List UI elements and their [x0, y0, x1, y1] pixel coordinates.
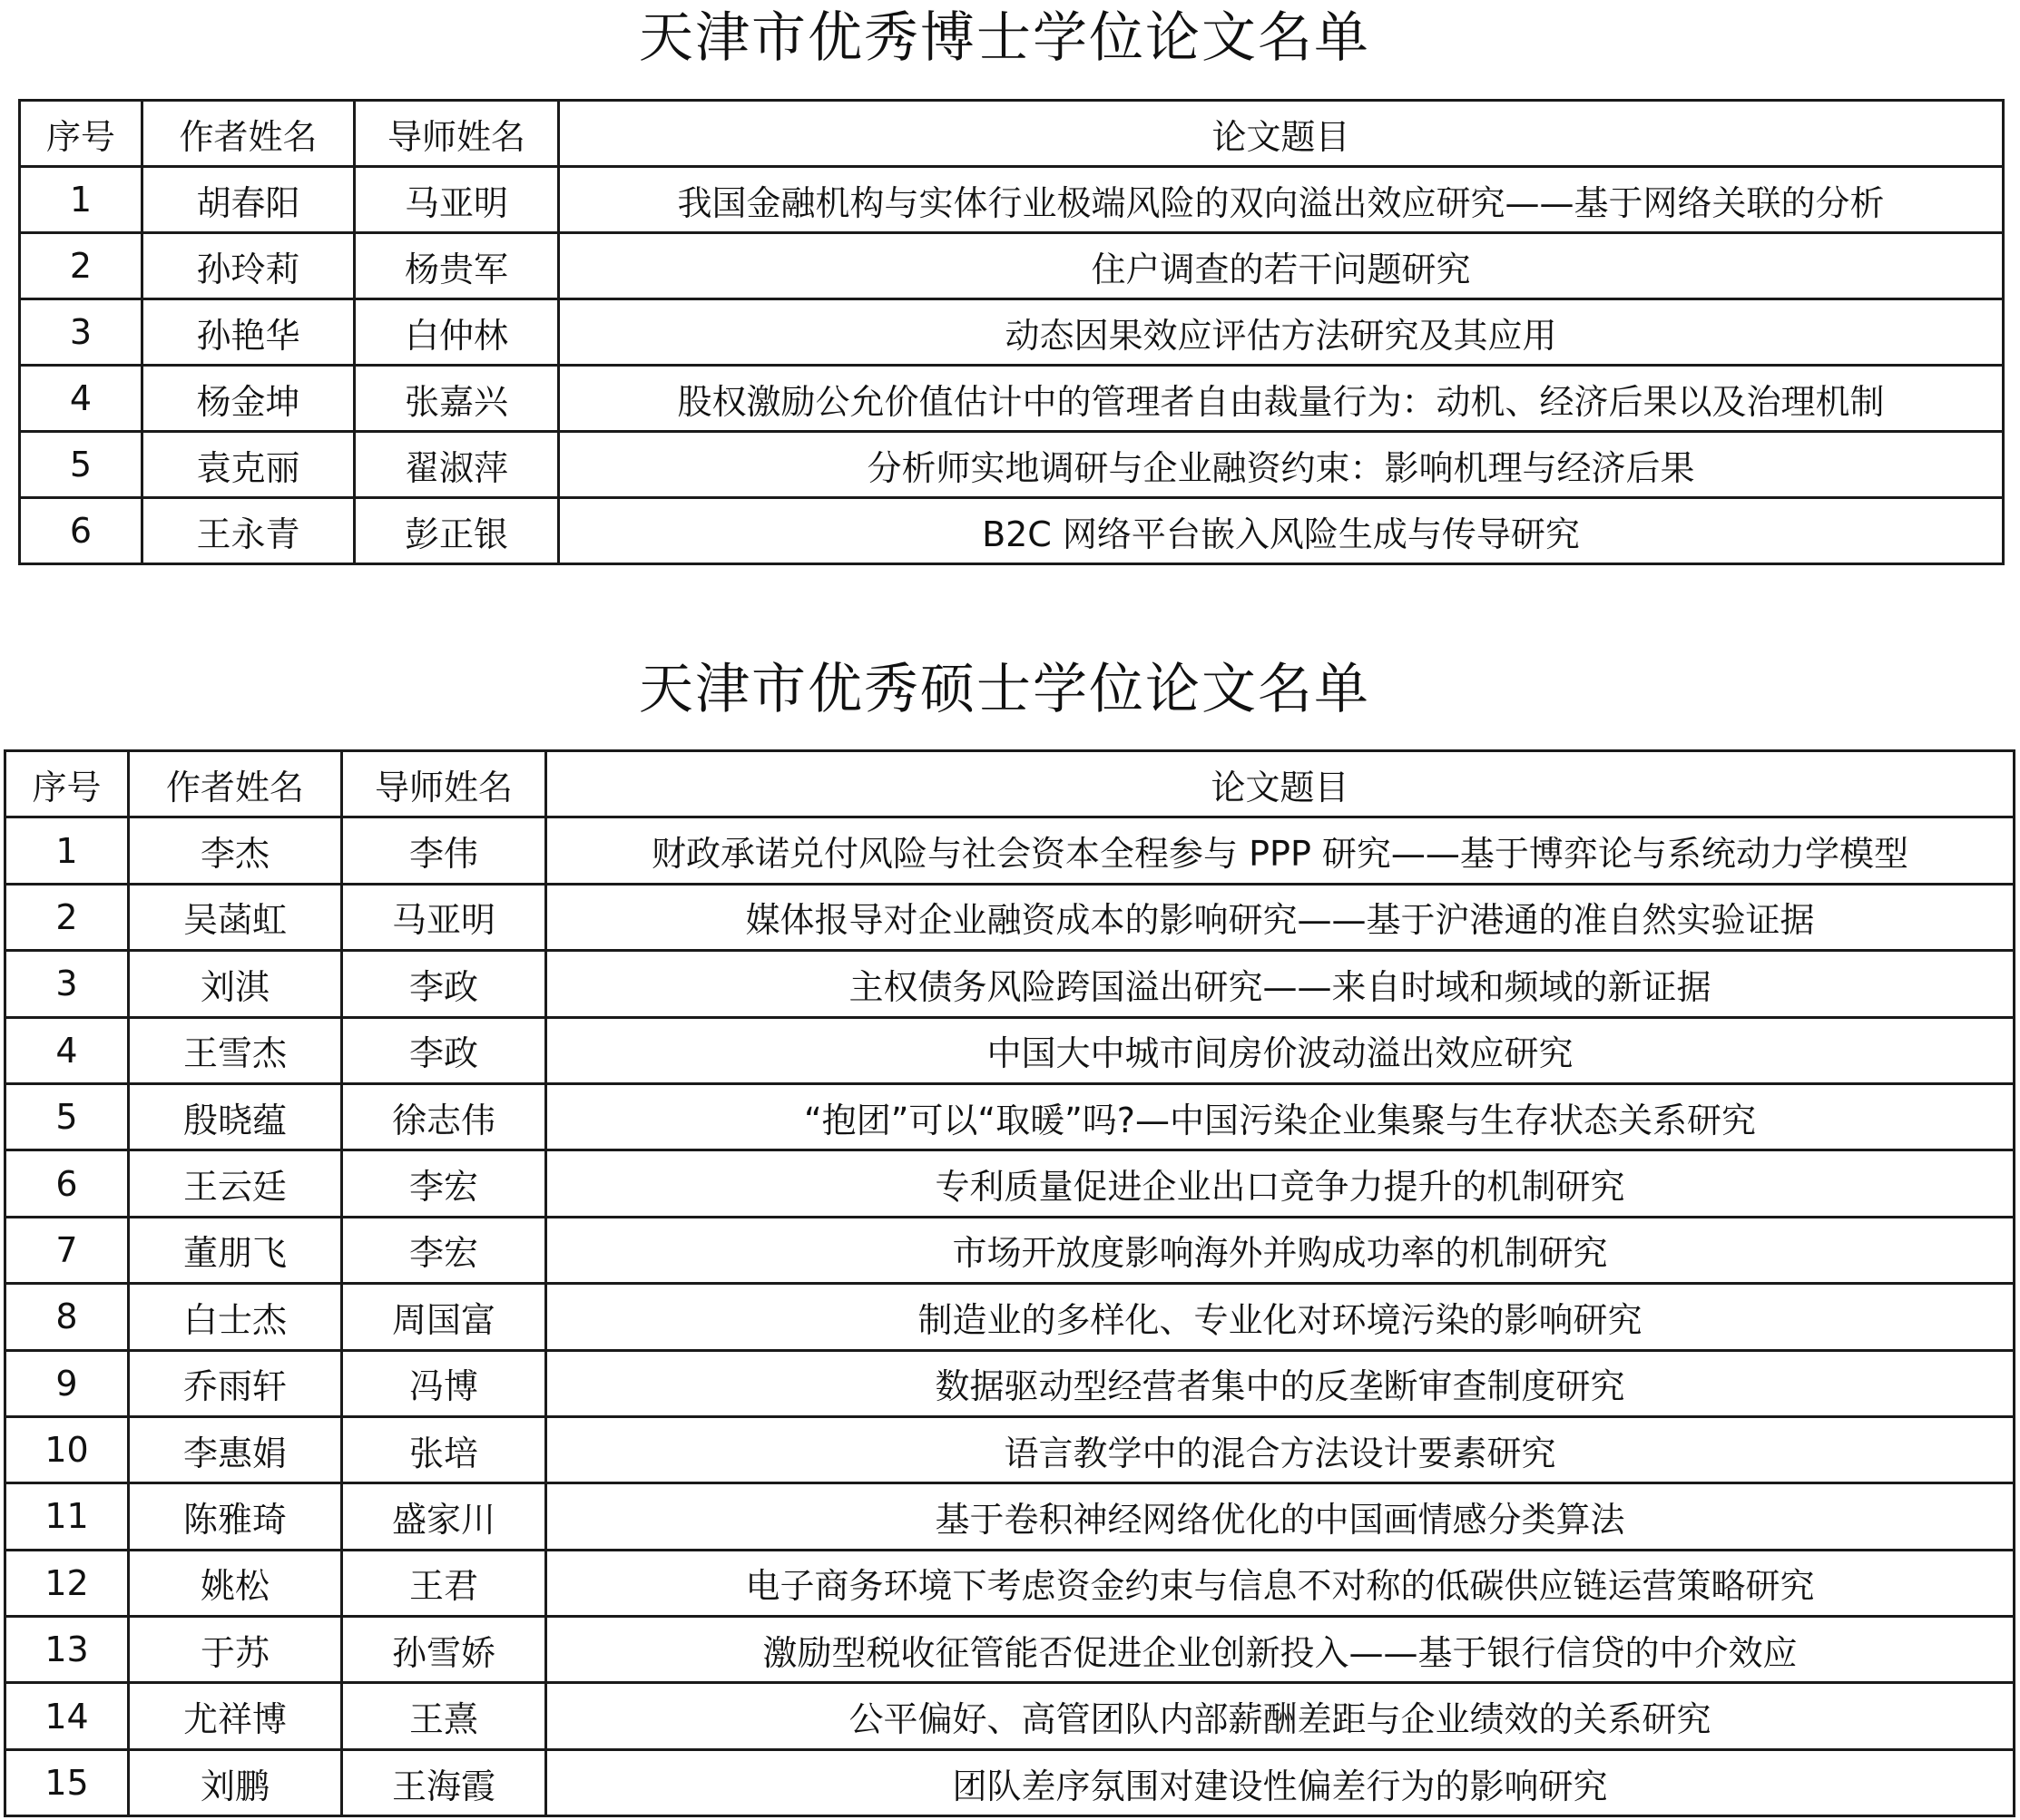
advisor-name: 李宏: [342, 1150, 546, 1217]
serial-number: 6: [5, 1150, 129, 1217]
serial-number: 1: [5, 817, 129, 884]
serial-number: 1: [20, 167, 142, 233]
thesis-title: 语言教学中的混合方法设计要素研究: [546, 1416, 2015, 1482]
serial-number: 5: [5, 1083, 129, 1150]
serial-number: 4: [20, 366, 142, 432]
table-row: 14 尤祥博 王熹 公平偏好、高管团队内部薪酬差距与企业绩效的关系研究: [5, 1683, 2015, 1749]
advisor-name: 王海霞: [342, 1749, 546, 1815]
table-row: 8 白士杰 周国富 制造业的多样化、专业化对环境污染的影响研究: [5, 1284, 2015, 1350]
thesis-title: 团队差序氛围对建设性偏差行为的影响研究: [546, 1749, 2015, 1815]
author-name: 尤祥博: [129, 1683, 342, 1749]
author-name: 胡春阳: [142, 167, 355, 233]
table-row: 11 陈雅琦 盛家川 基于卷积神经网络优化的中国画情感分类算法: [5, 1483, 2015, 1550]
table-row: 7 董朋飞 李宏 市场开放度影响海外并购成功率的机制研究: [5, 1217, 2015, 1283]
table-header-row: 序号 作者姓名 导师姓名 论文题目: [20, 101, 2004, 167]
serial-number: 4: [5, 1017, 129, 1083]
author-name: 白士杰: [129, 1284, 342, 1350]
table-row: 6 王云廷 李宏 专利质量促进企业出口竞争力提升的机制研究: [5, 1150, 2015, 1217]
author-name: 王永青: [142, 498, 355, 564]
advisor-name: 徐志伟: [342, 1083, 546, 1150]
advisor-name: 杨贵军: [355, 233, 559, 299]
author-name: 孙玲莉: [142, 233, 355, 299]
table-row: 3 刘淇 李政 主权债务风险跨国溢出研究——来自时域和频域的新证据: [5, 951, 2015, 1017]
author-name: 孙艳华: [142, 299, 355, 366]
advisor-name: 冯博: [342, 1350, 546, 1416]
advisor-name: 翟淑萍: [355, 432, 559, 498]
table-row: 2 孙玲莉 杨贵军 住户调查的若干问题研究: [20, 233, 2004, 299]
thesis-title: 市场开放度影响海外并购成功率的机制研究: [546, 1217, 2015, 1283]
table-row: 4 杨金坤 张嘉兴 股权激励公允价值估计中的管理者自由裁量行为：动机、经济后果以…: [20, 366, 2004, 432]
advisor-name: 白仲林: [355, 299, 559, 366]
table-row: 12 姚松 王君 电子商务环境下考虑资金约束与信息不对称的低碳供应链运营策略研究: [5, 1550, 2015, 1616]
serial-number: 7: [5, 1217, 129, 1283]
table-row: 2 吴菡虹 马亚明 媒体报导对企业融资成本的影响研究——基于沪港通的准自然实验证…: [5, 884, 2015, 950]
thesis-title: 分析师实地调研与企业融资约束：影响机理与经济后果: [559, 432, 2004, 498]
thesis-title: 媒体报导对企业融资成本的影响研究——基于沪港通的准自然实验证据: [546, 884, 2015, 950]
serial-number: 2: [20, 233, 142, 299]
thesis-title: 动态因果效应评估方法研究及其应用: [559, 299, 2004, 366]
thesis-title: 专利质量促进企业出口竞争力提升的机制研究: [546, 1150, 2015, 1217]
advisor-name: 盛家川: [342, 1483, 546, 1550]
author-name: 袁克丽: [142, 432, 355, 498]
author-name: 吴菡虹: [129, 884, 342, 950]
header-advisor-name: 导师姓名: [342, 751, 546, 817]
thesis-title: “抱团”可以“取暖”吗?—中国污染企业集聚与生存状态关系研究: [546, 1083, 2015, 1150]
advisor-name: 彭正银: [355, 498, 559, 564]
advisor-name: 孙雪娇: [342, 1617, 546, 1683]
serial-number: 6: [20, 498, 142, 564]
serial-number: 5: [20, 432, 142, 498]
author-name: 李惠娟: [129, 1416, 342, 1482]
serial-number: 9: [5, 1350, 129, 1416]
serial-number: 14: [5, 1683, 129, 1749]
table-row: 6 王永青 彭正银 B2C 网络平台嵌入风险生成与传导研究: [20, 498, 2004, 564]
table-row: 9 乔雨轩 冯博 数据驱动型经营者集中的反垄断审查制度研究: [5, 1350, 2015, 1416]
table-row: 13 于苏 孙雪娇 激励型税收征管能否促进企业创新投入——基于银行信贷的中介效应: [5, 1617, 2015, 1683]
table-row: 5 袁克丽 翟淑萍 分析师实地调研与企业融资约束：影响机理与经济后果: [20, 432, 2004, 498]
thesis-title: 主权债务风险跨国溢出研究——来自时域和频域的新证据: [546, 951, 2015, 1017]
thesis-title: 制造业的多样化、专业化对环境污染的影响研究: [546, 1284, 2015, 1350]
advisor-name: 李政: [342, 951, 546, 1017]
header-advisor-name: 导师姓名: [355, 101, 559, 167]
author-name: 李杰: [129, 817, 342, 884]
serial-number: 3: [5, 951, 129, 1017]
table-header-row: 序号 作者姓名 导师姓名 论文题目: [5, 751, 2015, 817]
advisor-name: 马亚明: [355, 167, 559, 233]
master-list-title: 天津市优秀硕士学位论文名单: [0, 653, 2015, 726]
author-name: 刘鹏: [129, 1749, 342, 1815]
advisor-name: 马亚明: [342, 884, 546, 950]
table-row: 4 王雪杰 李政 中国大中城市间房价波动溢出效应研究: [5, 1017, 2015, 1083]
table-row: 10 李惠娟 张培 语言教学中的混合方法设计要素研究: [5, 1416, 2015, 1482]
serial-number: 10: [5, 1416, 129, 1482]
advisor-name: 周国富: [342, 1284, 546, 1350]
advisor-name: 李政: [342, 1017, 546, 1083]
header-serial-number: 序号: [20, 101, 142, 167]
thesis-title: B2C 网络平台嵌入风险生成与传导研究: [559, 498, 2004, 564]
advisor-name: 王君: [342, 1550, 546, 1616]
author-name: 陈雅琦: [129, 1483, 342, 1550]
doctoral-thesis-table: 序号 作者姓名 导师姓名 论文题目 1 胡春阳 马亚明 我国金融机构与实体行业极…: [18, 99, 2005, 565]
serial-number: 12: [5, 1550, 129, 1616]
advisor-name: 李伟: [342, 817, 546, 884]
author-name: 王雪杰: [129, 1017, 342, 1083]
author-name: 董朋飞: [129, 1217, 342, 1283]
author-name: 刘淇: [129, 951, 342, 1017]
thesis-title: 中国大中城市间房价波动溢出效应研究: [546, 1017, 2015, 1083]
advisor-name: 李宏: [342, 1217, 546, 1283]
author-name: 王云廷: [129, 1150, 342, 1217]
header-thesis-title: 论文题目: [546, 751, 2015, 817]
header-author-name: 作者姓名: [129, 751, 342, 817]
author-name: 杨金坤: [142, 366, 355, 432]
author-name: 殷晓蕴: [129, 1083, 342, 1150]
serial-number: 2: [5, 884, 129, 950]
author-name: 于苏: [129, 1617, 342, 1683]
header-author-name: 作者姓名: [142, 101, 355, 167]
thesis-title: 数据驱动型经营者集中的反垄断审查制度研究: [546, 1350, 2015, 1416]
serial-number: 8: [5, 1284, 129, 1350]
thesis-title: 股权激励公允价值估计中的管理者自由裁量行为：动机、经济后果以及治理机制: [559, 366, 2004, 432]
advisor-name: 张培: [342, 1416, 546, 1482]
table-row: 15 刘鹏 王海霞 团队差序氛围对建设性偏差行为的影响研究: [5, 1749, 2015, 1815]
thesis-title: 我国金融机构与实体行业极端风险的双向溢出效应研究——基于网络关联的分析: [559, 167, 2004, 233]
thesis-title: 财政承诺兑付风险与社会资本全程参与 PPP 研究——基于博弈论与系统动力学模型: [546, 817, 2015, 884]
serial-number: 11: [5, 1483, 129, 1550]
author-name: 姚松: [129, 1550, 342, 1616]
serial-number: 13: [5, 1617, 129, 1683]
serial-number: 3: [20, 299, 142, 366]
advisor-name: 王熹: [342, 1683, 546, 1749]
thesis-title: 公平偏好、高管团队内部薪酬差距与企业绩效的关系研究: [546, 1683, 2015, 1749]
serial-number: 15: [5, 1749, 129, 1815]
master-thesis-table: 序号 作者姓名 导师姓名 论文题目 1 李杰 李伟 财政承诺兑付风险与社会资本全…: [4, 749, 2015, 1817]
table-row: 1 胡春阳 马亚明 我国金融机构与实体行业极端风险的双向溢出效应研究——基于网络…: [20, 167, 2004, 233]
header-thesis-title: 论文题目: [559, 101, 2004, 167]
table-row: 5 殷晓蕴 徐志伟 “抱团”可以“取暖”吗?—中国污染企业集聚与生存状态关系研究: [5, 1083, 2015, 1150]
thesis-title: 激励型税收征管能否促进企业创新投入——基于银行信贷的中介效应: [546, 1617, 2015, 1683]
thesis-title: 基于卷积神经网络优化的中国画情感分类算法: [546, 1483, 2015, 1550]
thesis-title: 电子商务环境下考虑资金约束与信息不对称的低碳供应链运营策略研究: [546, 1550, 2015, 1616]
advisor-name: 张嘉兴: [355, 366, 559, 432]
thesis-title: 住户调查的若干问题研究: [559, 233, 2004, 299]
author-name: 乔雨轩: [129, 1350, 342, 1416]
table-row: 1 李杰 李伟 财政承诺兑付风险与社会资本全程参与 PPP 研究——基于博弈论与…: [5, 817, 2015, 884]
header-serial-number: 序号: [5, 751, 129, 817]
doctoral-list-title: 天津市优秀博士学位论文名单: [0, 2, 2015, 74]
table-row: 3 孙艳华 白仲林 动态因果效应评估方法研究及其应用: [20, 299, 2004, 366]
